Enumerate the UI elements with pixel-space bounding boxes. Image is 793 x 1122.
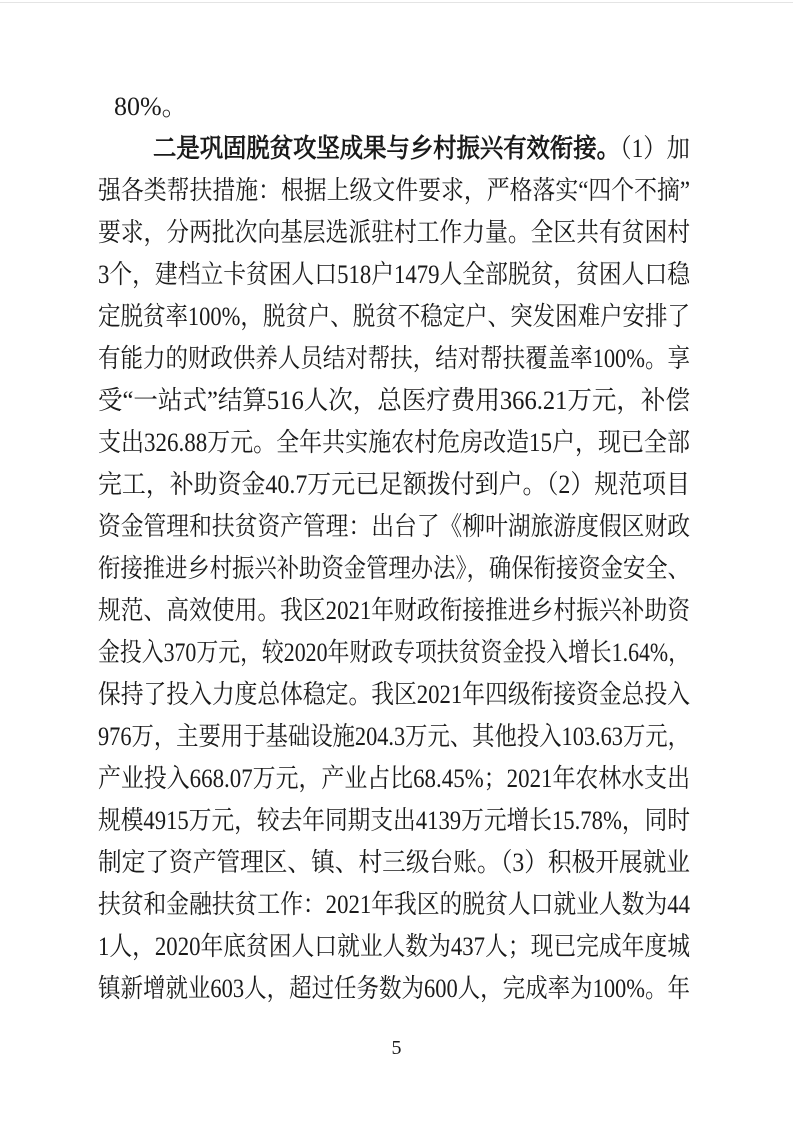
body-text: 镇新增就业603人，超过任务数为600人，完成率为100%。年 [98, 974, 690, 1003]
text-line: 衔接推进乡村振兴补助资金管理办法》，确保衔接资金安全、 [98, 548, 690, 590]
text-line: 镇新增就业603人，超过任务数为600人，完成率为100%。年 [98, 968, 690, 1010]
page-top-edge-line [0, 2, 793, 3]
text-line: 受“一站式”结算516人次，总医疗费用366.21万元，补偿 [98, 380, 690, 422]
bold-lead-text: 二是巩固脱贫攻坚成果与乡村振兴有效衔接。 [153, 134, 620, 163]
body-text: 制定了资产管理区、镇、村三级台账。（3）积极开展就业 [98, 848, 690, 877]
body-text: 扶贫和金融扶贫工作：2021年我区的脱贫人口就业人数为44 [98, 890, 690, 919]
text-line: 扶贫和金融扶贫工作：2021年我区的脱贫人口就业人数为44 [98, 884, 690, 926]
text-line: 有能力的财政供养人员结对帮扶，结对帮扶覆盖率100%。享 [98, 338, 690, 380]
text-line: 强各类帮扶措施：根据上级文件要求，严格落实“四个不摘” [98, 170, 690, 212]
body-text: 规范、高效使用。我区2021年财政衔接推进乡村振兴补助资 [98, 596, 690, 625]
body-text: 规模4915万元，较去年同期支出4139万元增长15.78%，同时 [98, 806, 690, 835]
text-line: 金投入370万元，较2020年财政专项扶贫资金投入增长1.64%， [98, 632, 690, 674]
body-text: 保持了投入力度总体稳定。我区2021年四级衔接资金总投入 [98, 680, 690, 709]
body-text: 有能力的财政供养人员结对帮扶，结对帮扶覆盖率100%。享 [98, 344, 690, 373]
text-line: 1人，2020年底贫困人口就业人数为437人；现已完成年度城 [98, 926, 690, 968]
text-line: 支出326.88万元。全年共实施农村危房改造15户，现已全部 [98, 422, 690, 464]
body-text: 衔接推进乡村振兴补助资金管理办法》，确保衔接资金安全、 [98, 554, 690, 583]
text-line: 3个，建档立卡贫困人口518户1479人全部脱贫，贫困人口稳 [98, 254, 690, 296]
body-text: 受“一站式”结算516人次，总医疗费用366.21万元，补偿 [98, 386, 690, 415]
page-number: 5 [0, 1034, 793, 1062]
text-line: 80%。 [98, 86, 690, 128]
body-text: 定脱贫率100%，脱贫户、脱贫不稳定户、突发困难户安排了 [98, 302, 690, 331]
text-line: 定脱贫率100%，脱贫户、脱贫不稳定户、突发困难户安排了 [98, 296, 690, 338]
text-line: 要求，分两批次向基层选派驻村工作力量。全区共有贫困村 [98, 212, 690, 254]
text-body: 80%。二是巩固脱贫攻坚成果与乡村振兴有效衔接。（1）加强各类帮扶措施：根据上级… [98, 86, 690, 1010]
text-line: 976万，主要用于基础设施204.3万元、其他投入103.63万元， [98, 716, 690, 758]
text-line: 制定了资产管理区、镇、村三级台账。（3）积极开展就业 [98, 842, 690, 884]
text-line: 规模4915万元，较去年同期支出4139万元增长15.78%，同时 [98, 800, 690, 842]
body-text: 要求，分两批次向基层选派驻村工作力量。全区共有贫困村 [98, 218, 690, 247]
body-text: （1）加 [620, 134, 690, 163]
body-text: 产业投入668.07万元，产业占比68.45%；2021年农林水支出 [98, 764, 690, 793]
text-line: 资金管理和扶贫资产管理：出台了《柳叶湖旅游度假区财政 [98, 506, 690, 548]
body-text: 80%。 [114, 92, 188, 121]
body-text: 支出326.88万元。全年共实施农村危房改造15户，现已全部 [98, 428, 690, 457]
body-text: 完工，补助资金40.7万元已足额拨付到户。（2）规范项目 [98, 470, 690, 499]
text-line: 完工，补助资金40.7万元已足额拨付到户。（2）规范项目 [98, 464, 690, 506]
text-line: 规范、高效使用。我区2021年财政衔接推进乡村振兴补助资 [98, 590, 690, 632]
text-line: 产业投入668.07万元，产业占比68.45%；2021年农林水支出 [98, 758, 690, 800]
body-text: 强各类帮扶措施：根据上级文件要求，严格落实“四个不摘” [98, 176, 690, 205]
body-text: 资金管理和扶贫资产管理：出台了《柳叶湖旅游度假区财政 [98, 512, 690, 541]
text-line: 保持了投入力度总体稳定。我区2021年四级衔接资金总投入 [98, 674, 690, 716]
body-text: 金投入370万元，较2020年财政专项扶贫资金投入增长1.64%， [98, 638, 690, 667]
body-text: 3个，建档立卡贫困人口518户1479人全部脱贫，贫困人口稳 [98, 260, 690, 289]
text-line: 二是巩固脱贫攻坚成果与乡村振兴有效衔接。（1）加 [98, 128, 690, 170]
body-text: 1人，2020年底贫困人口就业人数为437人；现已完成年度城 [98, 932, 690, 961]
document-page: 80%。二是巩固脱贫攻坚成果与乡村振兴有效衔接。（1）加强各类帮扶措施：根据上级… [0, 0, 793, 1122]
body-text: 976万，主要用于基础设施204.3万元、其他投入103.63万元， [98, 722, 690, 751]
